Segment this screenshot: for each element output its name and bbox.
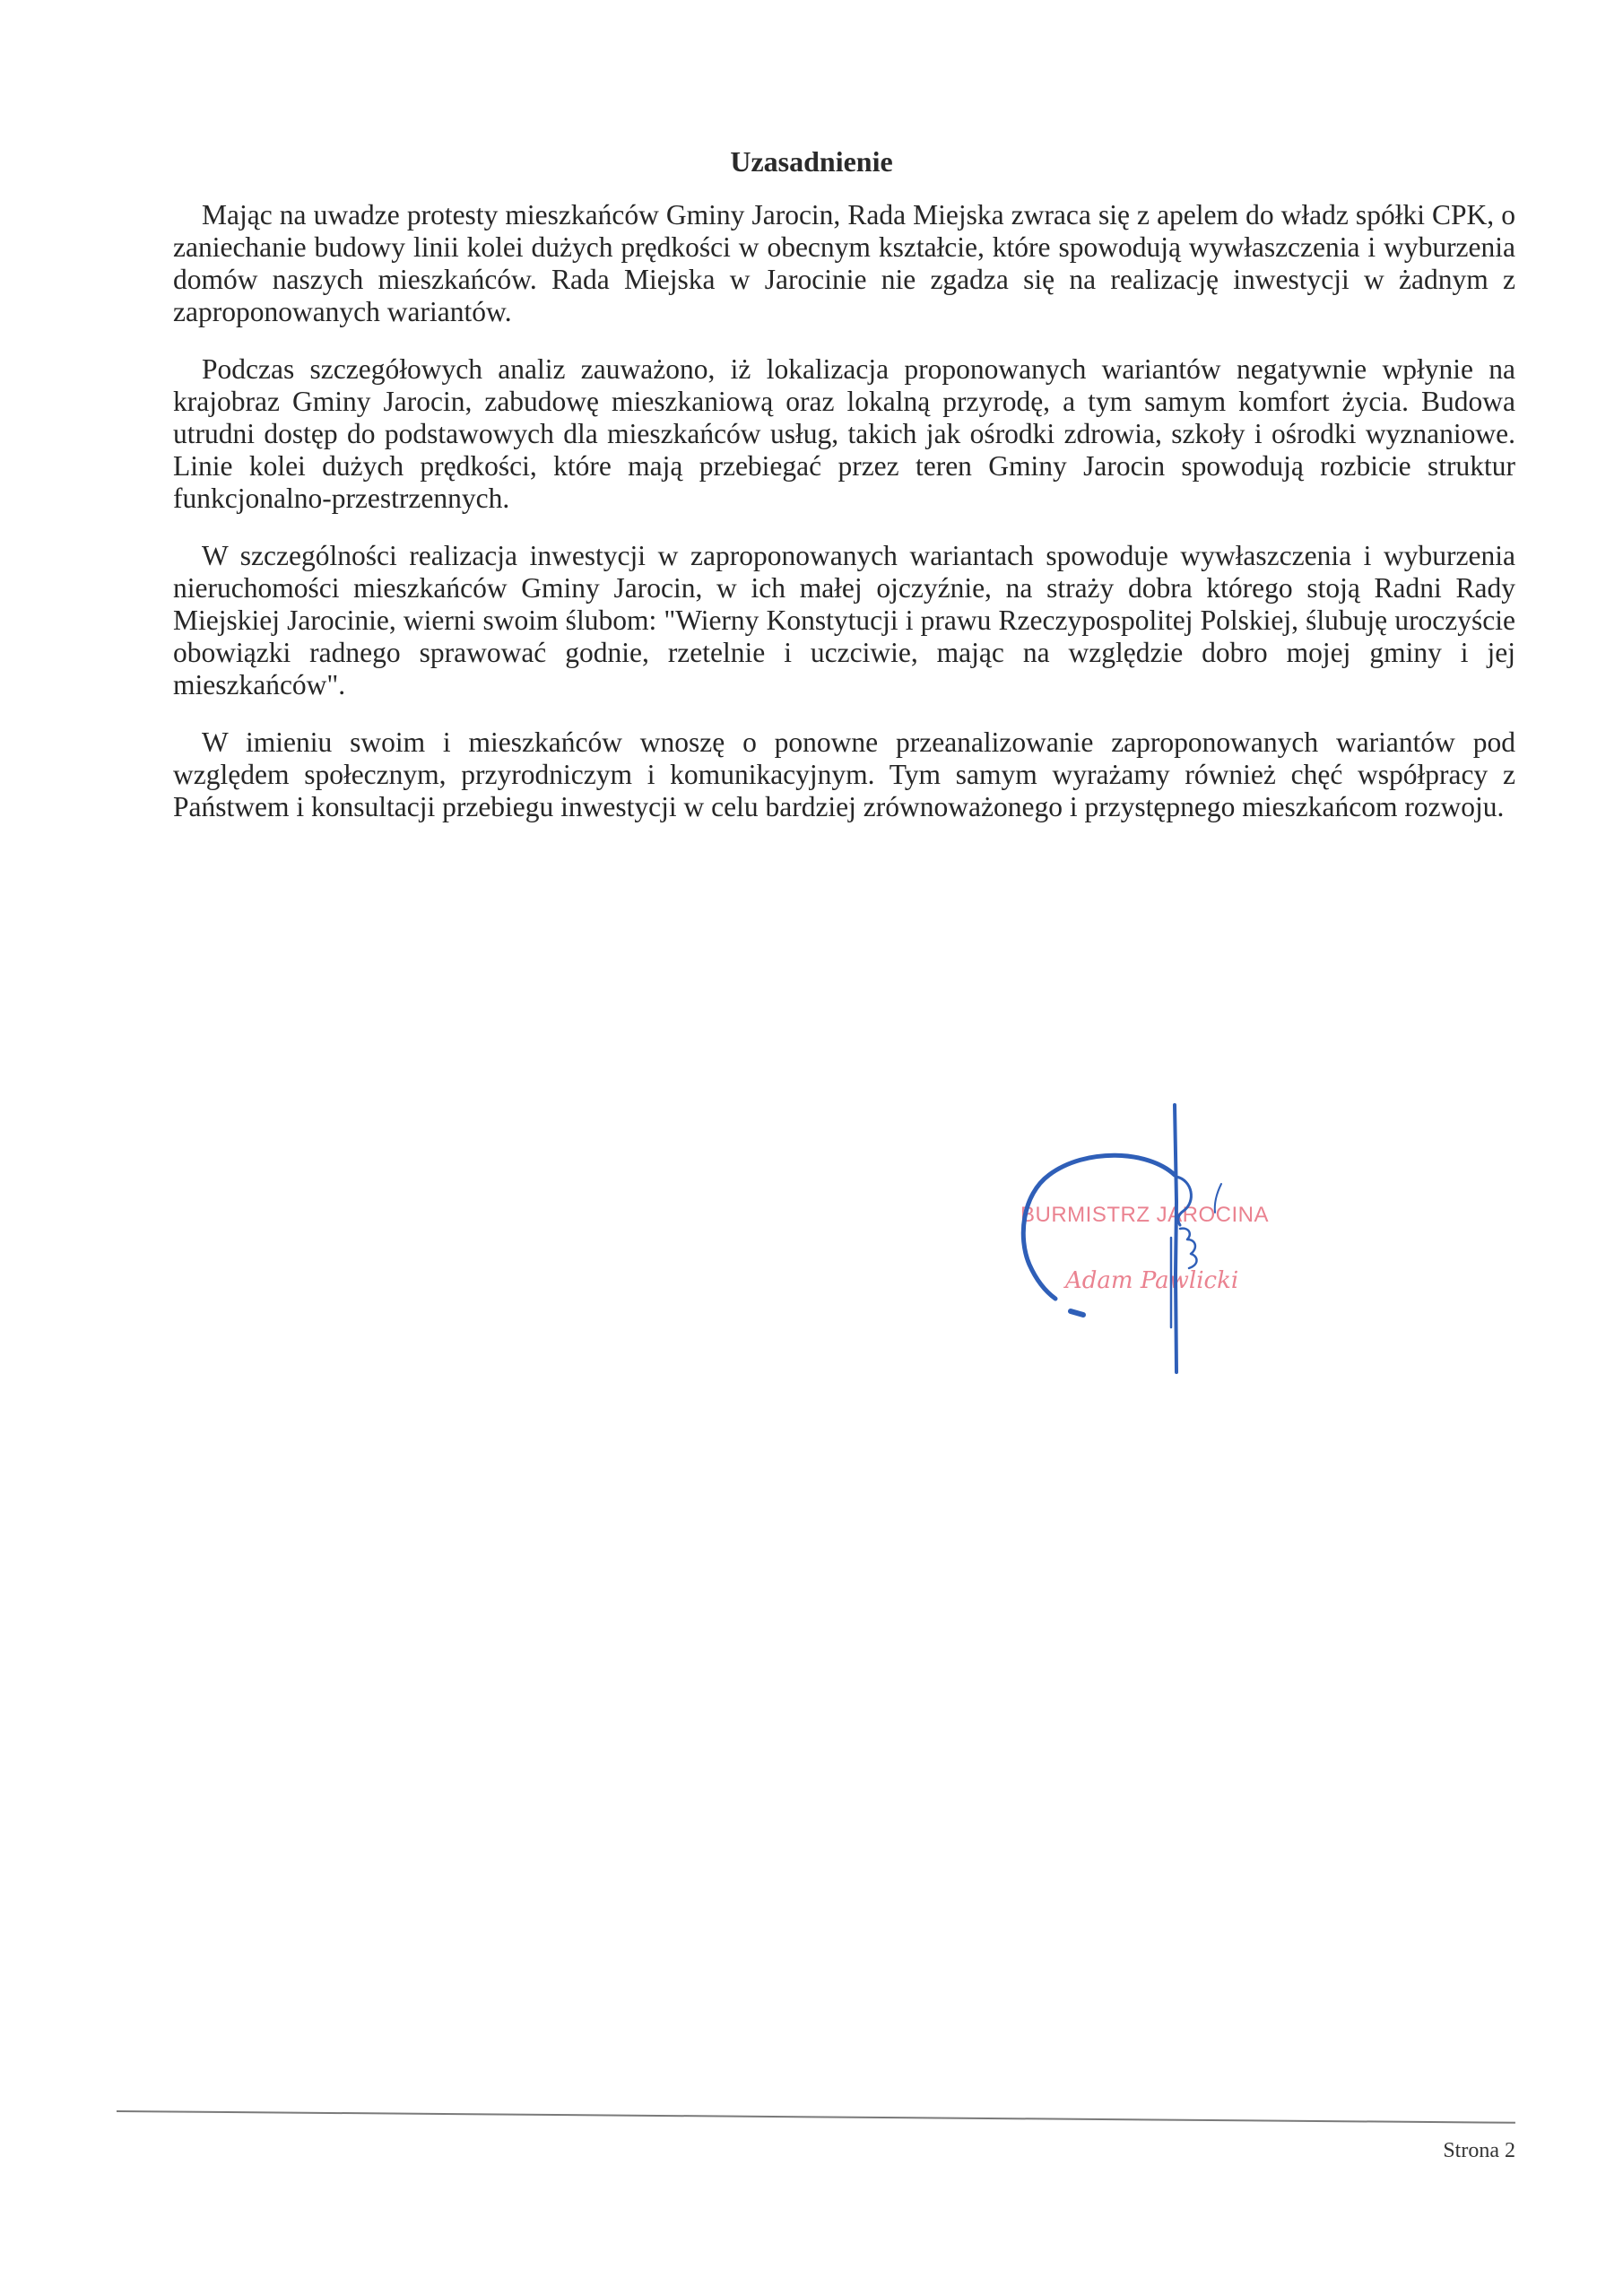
signature-block: BURMISTRZ JAROCINA Adam Pawlicki: [1013, 1094, 1318, 1381]
page-number: Strona 2: [1443, 2139, 1515, 2163]
paragraph-3: W szczególności realizacja inwestycji w …: [173, 540, 1515, 701]
paragraph-1: Mając na uwadze protesty mieszkańców Gmi…: [173, 199, 1515, 328]
document-body: Mając na uwadze protesty mieszkańców Gmi…: [173, 199, 1515, 848]
paragraph-2: Podczas szczegółowych analiz zauważono, …: [173, 353, 1515, 515]
footer-divider: [117, 2110, 1515, 2124]
paragraph-4: W imieniu swoim i mieszkańców wnoszę o p…: [173, 726, 1515, 823]
handwritten-signature-icon: [1013, 1094, 1318, 1381]
page-title: Uzasadnienie: [0, 143, 1623, 179]
